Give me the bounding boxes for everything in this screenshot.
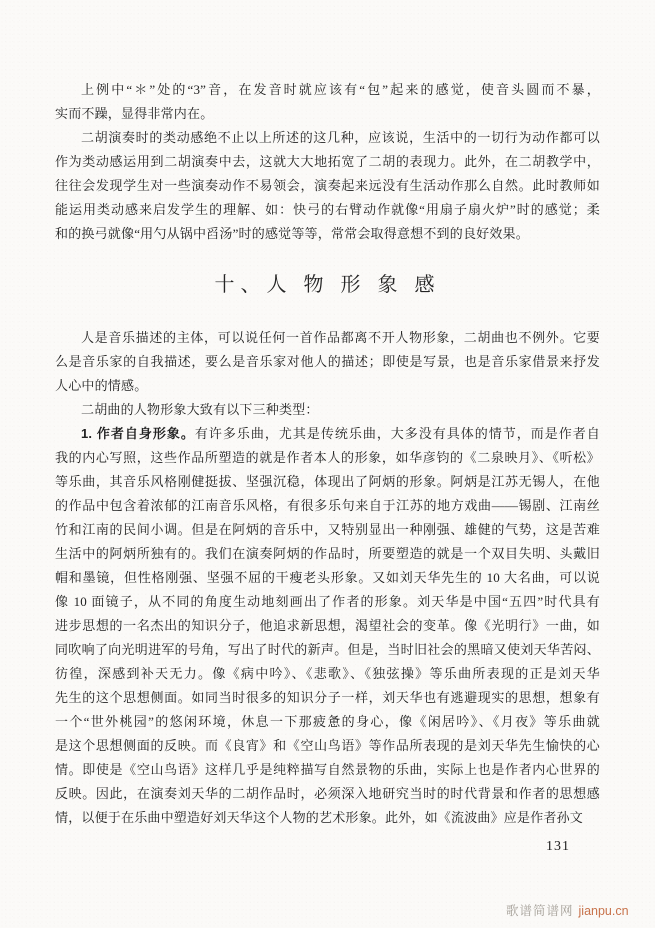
text-line: 实而不躁，显得非常内在。 — [55, 102, 600, 126]
text-line: 是这个思想侧面的反映。而《良宵》和《空山鸟语》等作品所表现的是刘天华先生愉快的心 — [55, 734, 600, 758]
paragraph-motion-analogy: 二胡演奏时的类动感绝不止以上所述的这几种，应该说，生活中的一切行为动作都可以作为… — [55, 126, 600, 246]
bold-lead-text: 1. 作者自身形象。 — [81, 426, 195, 441]
text-line: 像 10 面镜子，从不同的角度生动地刻画出了作者的形象。刘天华是中国“五四”时代… — [55, 590, 600, 614]
paragraph-music-subject: 人是音乐描述的主体，可以说任何一首作品都离不开人物形象，二胡曲也不例外。它要么是… — [55, 326, 600, 398]
text-line: 能运用类动感来启发学生的理解、如：快弓的右臂动作就像“用扇子扇火炉”时的感觉；柔 — [55, 198, 600, 222]
text-line: 先生的这个思想侧面。如同当时很多的知识分子一样，刘天华也有逃避现实的思想，想象有 — [55, 686, 600, 710]
paragraph-author-self-image: 1. 作者自身形象。有许多乐曲，尤其是传统乐曲，大多没有具体的情节，而是作者自我… — [55, 422, 600, 830]
text-line: 帽和墨镜，但性格刚强、坚强不屈的干瘦老头形象。又如刘天华先生的 10 大名曲，可… — [55, 566, 600, 590]
paragraph-three-types-intro: 二胡曲的人物形象大致有以下三种类型： — [55, 398, 600, 422]
text-line: 人心中的情感。 — [55, 374, 600, 398]
watermark-site-url: jianpu.cn — [579, 904, 629, 918]
text-block: 上例中“＊”处的“3”音，在发音时就应该有“包”起来的感觉，使音头圆而不暴，实而… — [55, 78, 600, 857]
text-line: 二胡演奏时的类动感绝不止以上所述的这几种，应该说，生活中的一切行为动作都可以 — [55, 126, 600, 150]
section-heading: 十、人 物 形 象 感 — [55, 270, 600, 300]
text-line: 人是音乐描述的主体，可以说任何一首作品都离不开人物形象，二胡曲也不例外。它要 — [55, 326, 600, 350]
book-page: 上例中“＊”处的“3”音，在发音时就应该有“包”起来的感觉，使音头圆而不暴，实而… — [0, 0, 655, 928]
text-line: 的作品中包含着浓郁的江南音乐风格，有很多乐句来自于江苏的地方戏曲——锡剧、江南丝 — [55, 494, 600, 518]
text-line: 生活中的阿炳所独有的。我们在演奏阿炳的作品时，所要塑造的就是一个双目失明、头戴旧 — [55, 542, 600, 566]
text-line: 同吹响了向光明进军的号角，写出了时代的新声。但是，当时旧社会的黑暗又使刘天华苦闷… — [55, 638, 600, 662]
text-line: 情，以便于在乐曲中塑造好刘天华这个人物的艺术形象。此外，如《流波曲》应是作者孙文 — [55, 806, 600, 830]
paragraph-percussion-feel: 上例中“＊”处的“3”音，在发音时就应该有“包”起来的感觉，使音头圆而不暴，实而… — [55, 78, 600, 126]
text-line: 我的内心写照，这些作品所塑造的就是作者本人的形象，如华彦钧的《二泉映月》、《听松… — [55, 446, 600, 470]
text-line: 二胡曲的人物形象大致有以下三种类型： — [55, 398, 600, 422]
text-line: 情。即使是《空山鸟语》这样几乎是纯粹描写自然景物的乐曲，实际上也是作者内心世界的 — [55, 758, 600, 782]
page-number: 131 — [55, 837, 600, 857]
text-line: 一个“世外桃园”的悠闲环境，休息一下那疲惫的身心，像《闲居吟》、《月夜》等乐曲就 — [55, 710, 600, 734]
text-line: 作为类动感运用到二胡演奏中去，这就大大地拓宽了二胡的表现力。此外，在二胡教学中， — [55, 150, 600, 174]
text-line: 上例中“＊”处的“3”音，在发音时就应该有“包”起来的感觉，使音头圆而不暴， — [55, 78, 600, 102]
text-line: 往往会发现学生对一些演奏动作不易领会，演奏起来远没有生活动作那么自然。此时教师如 — [55, 174, 600, 198]
watermark: 歌谱简谱网jianpu.cn — [506, 901, 629, 919]
text-line: 么是音乐家的自我描述，要么是音乐家对他人的描述；即使是写景，也是音乐家借景来抒发 — [55, 350, 600, 374]
text-line: 1. 作者自身形象。有许多乐曲，尤其是传统乐曲，大多没有具体的情节，而是作者自 — [55, 422, 600, 446]
text-line: 竹和江南的民间小调。但是在阿炳的音乐中，又特别显出一种刚强、雄健的气势，这是苦难 — [55, 518, 600, 542]
text-line: 反映。因此，在演奏刘天华的二胡作品时，必须深入地研究当时的时代背景和作者的思想感 — [55, 782, 600, 806]
text-line: 彷徨，深感到补天无力。像《病中吟》、《悲歌》、《独弦操》等乐曲所表现的正是刘天华 — [55, 662, 600, 686]
text-line: 进步思想的一名杰出的知识分子，他追求新思想，渴望社会的变革。像《光明行》一曲，如 — [55, 614, 600, 638]
text-line: 等乐曲，其音乐风格刚健挺拔、坚强沉稳，体现出了阿炳的形象。阿炳是江苏无锡人，在他 — [55, 470, 600, 494]
text-line: 和的换弓就像“用勺从锅中舀汤”时的感觉等等，常常会取得意想不到的良好效果。 — [55, 222, 600, 246]
watermark-site-name: 歌谱简谱网 — [506, 904, 574, 918]
